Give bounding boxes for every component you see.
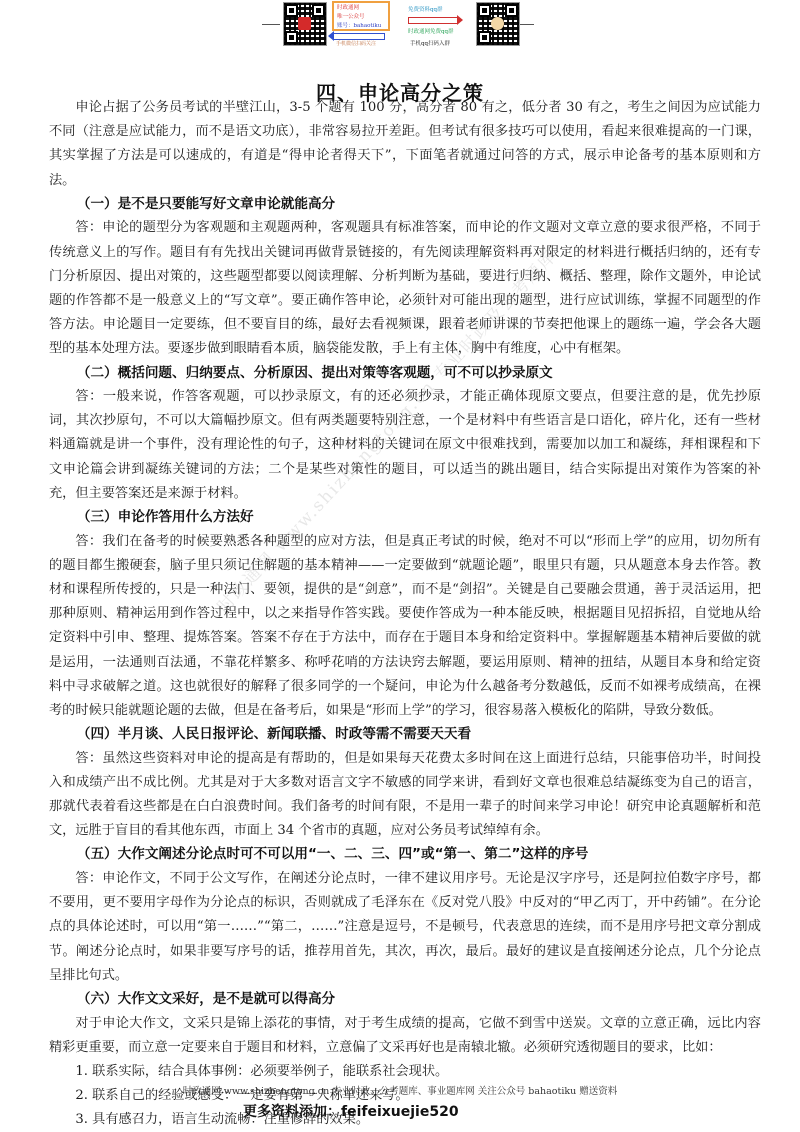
info-site-name: 时政通网	[337, 4, 385, 13]
intro-paragraph: 申论占据了公务员考试的半壁江山，3-5 个题有 100 分，高分者 80 有之，…	[49, 96, 761, 193]
section-answer-3: 答：我们在备考的时候要熟悉各种题型的应对方法，但是真正考试的时候，绝对不可以“形…	[49, 530, 761, 724]
section-answer-1: 答：申论的题型分为客观题和主观题两种，客观题具有标准答案，而申论的作文题对文章立…	[49, 216, 761, 361]
section-answer-4: 答：虽然这些资料对申论的提高是有帮助的，但是如果每天花费太多时间在这上面进行总结…	[49, 747, 761, 844]
arrow-left-icon	[334, 33, 385, 40]
info-account-id: 账号：bahaotiku	[337, 22, 385, 31]
document-body: 申论占据了公务员考试的半壁江山，3-5 个题有 100 分，高分者 80 有之，…	[49, 96, 761, 1132]
section-answer-6: 对于申论大作文，文采只是锦上添花的事情，对于考生成绩的提高，它做不到雪中送炭。文…	[49, 1012, 761, 1060]
official-account-info-box: 时政通网 唯一公众号 账号：bahaotiku	[332, 1, 390, 31]
section-answer-2: 答：一般来说，作答客观题，可以抄录原文，有的还必须抄录，才能正确体现原文要点，但…	[49, 385, 761, 506]
qq-scan-caption: 手机qq扫码入群	[410, 39, 450, 47]
section-heading-4: （四）半月谈、人民日报评论、新闻联播、时政等需不需要天天看	[49, 723, 761, 747]
wechat-scan-caption: 手机微信扫码关注	[336, 40, 376, 47]
qq-group-name: 时政通网免费qq群	[408, 27, 454, 35]
header-divider-left	[262, 24, 280, 25]
promo-header: 时政通网 唯一公众号 账号：bahaotiku 手机微信扫码关注 免费资料qq群…	[0, 0, 800, 52]
section-heading-2: （二）概括问题、归纳要点、分析原因、提出对策等客观题，可不可以抄录原文	[49, 362, 761, 386]
arrow-right-icon	[408, 17, 457, 24]
section-heading-5: （五）大作文阐述分论点时可不可以用“一、二、三、四”或“第一、第二”这样的序号	[49, 843, 761, 867]
wechat-qr-code-icon	[283, 2, 327, 46]
section-heading-6: （六）大作文文采好，是不是就可以得高分	[49, 988, 761, 1012]
footer-site-info: 时政通网 www.shizhengtong.cn 专业时政、公考题库、事业题库网…	[0, 1083, 800, 1097]
section-answer-5: 答：申论作文，不同于公文写作，在阐述分论点时，一律不建议用序号。无论是汉字序号，…	[49, 867, 761, 988]
header-divider-right	[520, 24, 534, 25]
section-heading-1: （一）是不是只要能写好文章申论就能高分	[49, 193, 761, 217]
section-heading-3: （三）申论作答用什么方法好	[49, 506, 761, 530]
qq-group-label: 免费资料qq群	[408, 5, 443, 13]
footer-contact: 更多资料添加：feifeixuejie520	[243, 1101, 459, 1121]
qq-qr-code-icon	[476, 2, 520, 46]
info-account-note: 唯一公众号	[337, 13, 385, 22]
list-item: 1. 联系实际，结合具体事例：必须要举例子，能联系社会现状。	[49, 1060, 761, 1084]
